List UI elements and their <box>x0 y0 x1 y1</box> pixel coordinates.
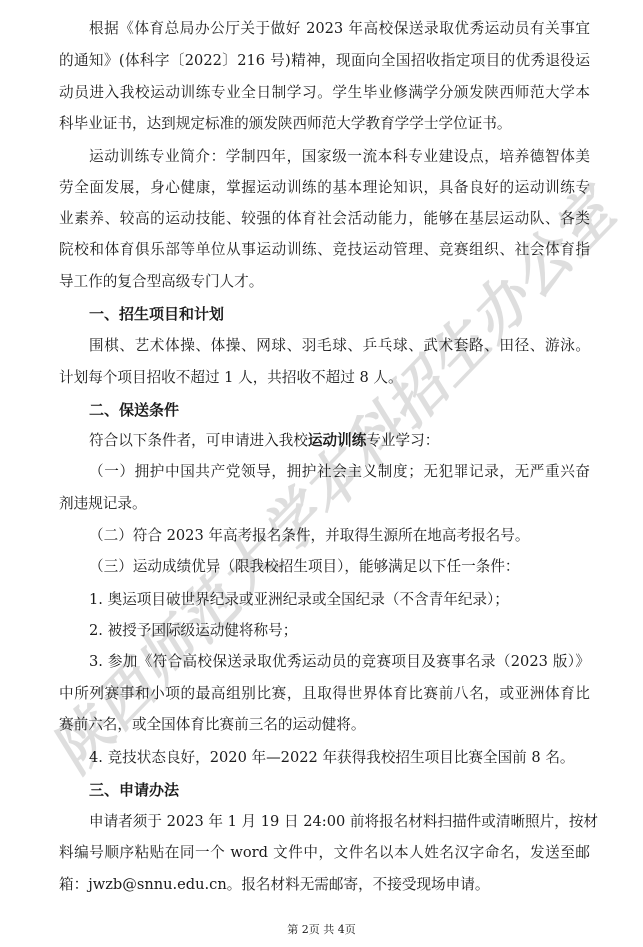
paragraph-major-intro-line: 院校和体育俱乐部等单位从事运动训练、竞技运动管理、竞赛组织、社会体育指 <box>59 234 590 266</box>
section-application-line: 箱：jwzb@snnu.edu.cn。报名材料无需邮寄，不接受现场申请。 <box>59 869 590 901</box>
sub-condition-item: 1. 奥运项目破世界纪录或亚洲纪录或全国纪录（不含青年纪录）； <box>89 584 590 616</box>
section-application-line: 料编号顺序粘贴在同一个 word 文件中，文件名以本人姓名汉字命名，发送至邮 <box>59 837 590 869</box>
sub-condition-item: 2. 被授予国际级运动健将称号； <box>89 615 590 647</box>
eligibility-statement: 符合以下条件者，可申请进入我校运动训练专业学习： <box>89 425 590 457</box>
sub-condition-item: 赛前六名，或全国体育比赛前三名的运动健将。 <box>59 709 590 741</box>
major-name-bold: 运动训练 <box>308 432 366 449</box>
document-page: 陕西师范大学本科招生办公室 根据《体育总局办公厅关于做好 2023 年高校保送录… <box>0 0 643 947</box>
paragraph-major-intro-line: 业素养、较高的运动技能、较强的体育社会活动能力，能够在基层运动队、各类 <box>59 203 590 235</box>
section-application-line: 申请者须于 2023 年 1 月 19 日 24:00 前将报名材料扫描件或清晰… <box>89 806 590 838</box>
section-heading-enrollment-plan: 一、招生项目和计划 <box>89 298 590 330</box>
paragraph-major-intro-line: 导工作的复合型高级专门人才。 <box>59 266 590 298</box>
section-heading-conditions: 二、保送条件 <box>89 394 590 426</box>
sub-condition-item: 中所列赛事和小项的最高组别比赛，且取得世界体育比赛前八名，或亚洲体育比 <box>59 678 590 710</box>
section-heading-application: 三、申请办法 <box>89 774 590 806</box>
condition-item: 剂违规记录。 <box>59 488 590 520</box>
condition-item: （一）拥护中国共产党领导，拥护社会主义制度；无犯罪记录，无严重兴奋 <box>89 456 590 488</box>
section-enrollment-plan-line: 计划每个项目招收不超过 1 人，共招收不超过 8 人。 <box>59 362 590 394</box>
paragraph-intro-line: 动员进入我校运动训练专业全日制学习。学生毕业修满学分颁发陕西师范大学本 <box>59 77 590 109</box>
paragraph-intro-line: 的通知》(体科字〔2022〕216 号)精神，现面向全国招收指定项目的优秀退役运 <box>59 45 590 77</box>
condition-item: （二）符合 2023 年高考报名条件，并取得生源所在地高考报名号。 <box>89 520 590 552</box>
paragraph-intro-line: 科毕业证书，达到规定标准的颁发陕西师范大学教育学学士学位证书。 <box>59 108 590 140</box>
eligibility-prefix: 符合以下条件者，可申请进入我校 <box>89 432 308 449</box>
paragraph-major-intro-line: 运动训练专业简介：学制四年，国家级一流本科专业建设点，培养德智体美 <box>89 141 590 173</box>
section-enrollment-plan-line: 围棋、艺术体操、体操、网球、羽毛球、乒乓球、武术套路、田径、游泳。 <box>89 330 590 362</box>
paragraph-major-intro-line: 劳全面发展，身心健康，掌握运动训练的基本理论知识，具备良好的运动训练专 <box>59 172 590 204</box>
sub-condition-item: 3. 参加《符合高校保送录取优秀运动员的竞赛项目及赛事名录（2023 版）》 <box>89 646 590 678</box>
page-number-footer: 第 2页 共 4页 <box>0 921 643 939</box>
paragraph-intro-line: 根据《体育总局办公厅关于做好 2023 年高校保送录取优秀运动员有关事宜 <box>89 13 590 45</box>
eligibility-suffix: 专业学习： <box>366 432 439 449</box>
sub-condition-item: 4. 竞技状态良好，2020 年—2022 年获得我校招生项目比赛全国前 8 名… <box>89 742 590 774</box>
condition-item: （三）运动成绩优异（限我校招生项目），能够满足以下任一条件： <box>89 551 590 583</box>
